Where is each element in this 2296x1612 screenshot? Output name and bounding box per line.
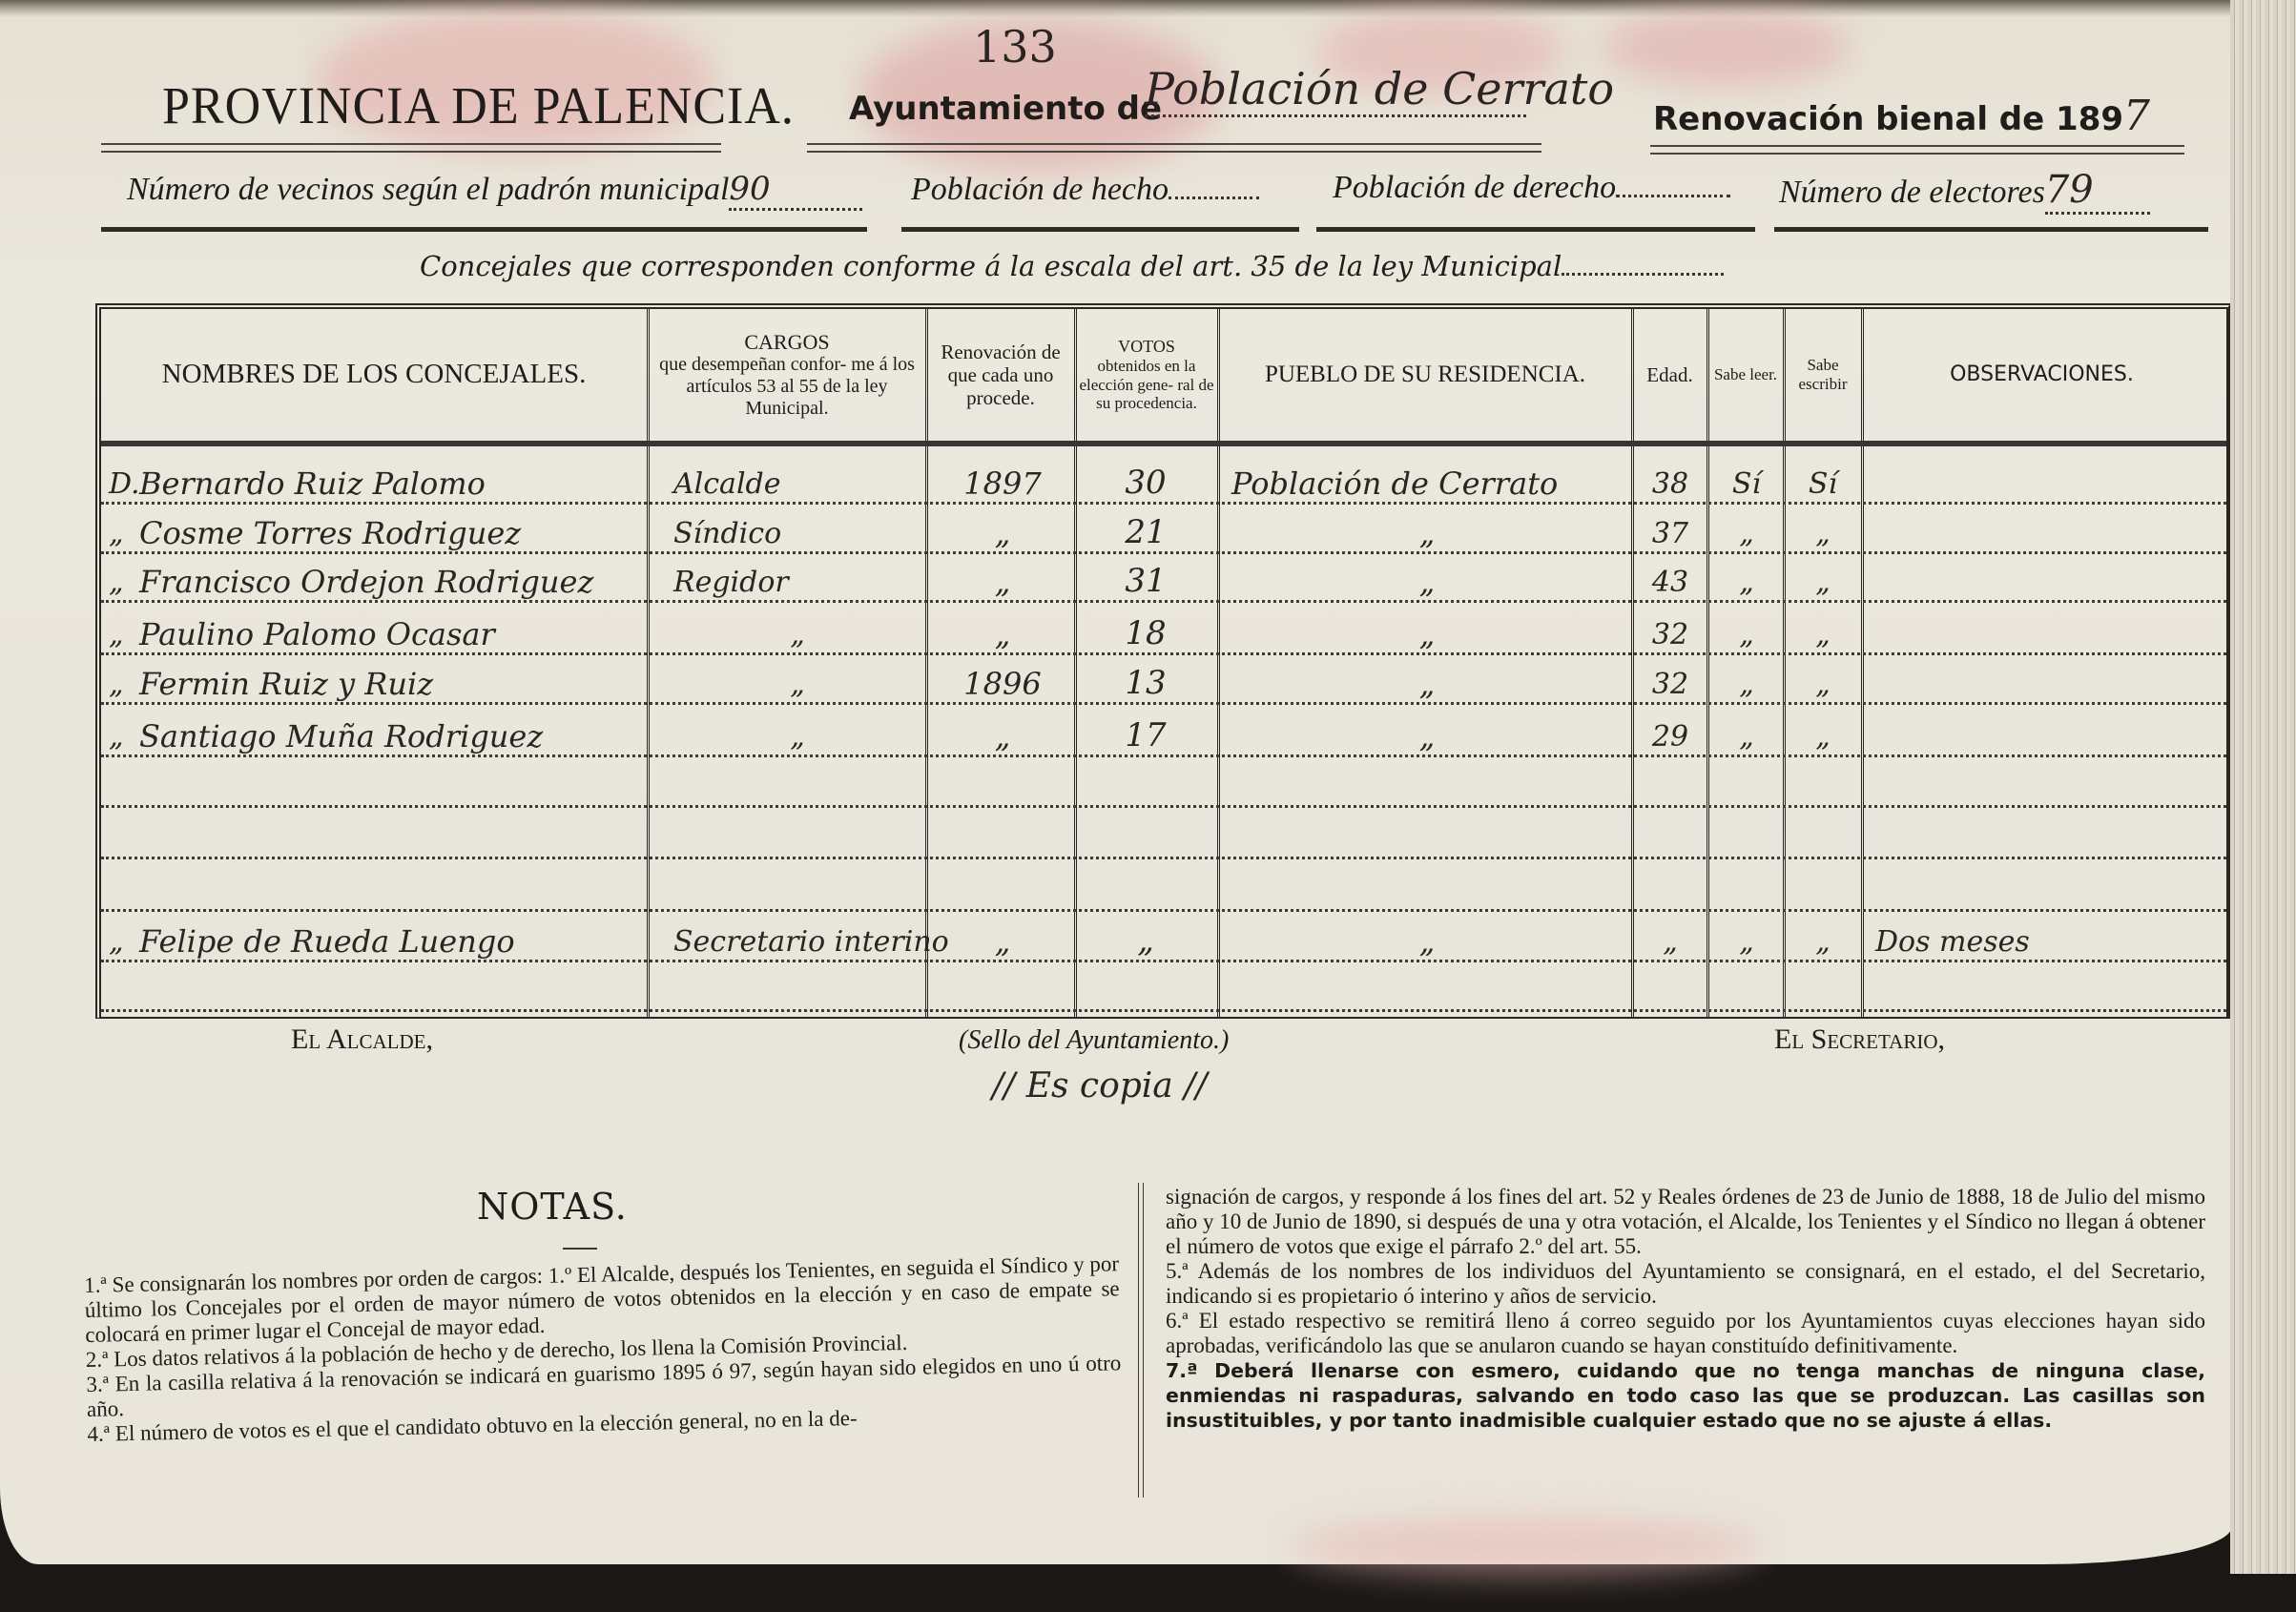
notes-column-divider (1138, 1183, 1144, 1498)
stain (1288, 1517, 1765, 1574)
cell-votos: 18 (1084, 614, 1208, 652)
cell-cargo: „ (673, 668, 921, 701)
header-cargos: CARGOS que desempeñan confor- me á los a… (649, 309, 925, 441)
electores-field: Número de electores79 (1779, 168, 2150, 215)
cell-escribir: Sí (1789, 467, 1856, 501)
cell-cargo: „ (673, 720, 921, 754)
concejales-line-text: Concejales que corresponden conforme á l… (420, 250, 1562, 282)
poblacion-hecho-field: Población de hecho (911, 172, 1259, 208)
cell-edad: 38 (1637, 467, 1704, 501)
header-nombres: NOMBRES DE LOS CONCEJALES. (101, 309, 647, 441)
cell-nombre: Paulino Palomo Ocasar (139, 616, 645, 652)
cell-votos: 31 (1084, 562, 1208, 600)
cell-votos: 21 (1084, 513, 1208, 551)
page-stack-edge (2230, 0, 2296, 1574)
table-row (101, 855, 2226, 859)
cell-edad: 32 (1637, 668, 1704, 701)
cell-renovacion: „ (941, 616, 1065, 652)
header-votos-title: VOTOS (1118, 337, 1175, 357)
table-row (101, 803, 2226, 808)
header-sabe-escribir: Sabe escribir (1785, 309, 1861, 441)
rule (101, 227, 867, 232)
header-edad: Edad. (1633, 309, 1706, 441)
page-top-edge (0, 0, 2232, 17)
poblacion-derecho-label: Población de derecho (1333, 170, 1616, 205)
cell-pueblo: „ (1231, 564, 1623, 600)
cell-pueblo: „ (1231, 616, 1623, 652)
cell-escribir: „ (1789, 618, 1856, 651)
poblacion-derecho-field: Población de derecho (1333, 170, 1730, 206)
cell-pueblo: „ (1231, 923, 1623, 960)
rule (101, 143, 721, 153)
cell-cargo: „ (673, 618, 921, 651)
cell-pueblo: „ (1231, 515, 1623, 551)
notes-title-rule (563, 1248, 597, 1250)
cell-votos: 17 (1084, 716, 1208, 754)
table-row (101, 907, 2226, 912)
ayuntamiento-value: Población de Cerrato (1145, 63, 1526, 117)
header-votos: VOTOS obtenidos en la elección gene- ral… (1076, 309, 1217, 441)
vecinos-field: Número de vecinos según el padrón munici… (127, 170, 862, 211)
cell-edad: 29 (1637, 720, 1704, 754)
stain (1603, 10, 1851, 86)
poblacion-hecho-label: Población de hecho (911, 172, 1169, 207)
cell-observaciones: Dos meses (1875, 925, 2209, 959)
poblacion-derecho-value (1616, 170, 1730, 197)
cell-leer: „ (1713, 720, 1780, 754)
notes-right-column: signación de cargos, y responde á los fi… (1166, 1185, 2205, 1433)
secretario-signature-label: El Secretario, (1774, 1023, 1945, 1056)
cell-renovacion: „ (941, 515, 1065, 551)
rule (1316, 227, 1755, 232)
cell-nombre: Santiago Muña Rodriguez (139, 718, 645, 754)
document-page: 133 PROVINCIA DE PALENCIA. Ayuntamiento … (0, 0, 2232, 1564)
cell-leer: „ (1713, 925, 1780, 959)
header-cargos-sub: que desempeñan confor- me á los artículo… (649, 354, 925, 420)
cell-edad: 43 (1637, 566, 1704, 599)
concejales-table: NOMBRES DE LOS CONCEJALES. CARGOS que de… (95, 303, 2231, 1019)
concejales-line: Concejales que corresponden conforme á l… (420, 250, 1724, 282)
header-pueblo: PUEBLO DE SU RESIDENCIA. (1219, 309, 1631, 441)
cell-cargo: Alcalde (673, 467, 921, 501)
header-cargos-title: CARGOS (744, 330, 829, 354)
poblacion-hecho-value (1169, 172, 1259, 199)
es-copia-text: Es copia (1026, 1066, 1173, 1106)
cell-leer: „ (1713, 668, 1780, 701)
renovacion-label: Renovación bienal de 1897 (1653, 92, 2150, 140)
cell-renovacion: „ (941, 923, 1065, 960)
alcalde-signature-label: El Alcalde, (291, 1023, 433, 1056)
electores-label: Número de electores (1779, 175, 2045, 210)
header-sabe-leer: Sabe leer. (1708, 309, 1783, 441)
cell-cargo: Regidor (673, 566, 921, 599)
cell-pueblo: „ (1231, 718, 1623, 754)
rule (901, 227, 1299, 232)
cell-edad: 37 (1637, 517, 1704, 550)
header-observaciones: OBSERVACIONES. (1863, 309, 2221, 441)
concejales-line-value (1562, 254, 1724, 276)
cell-cargo: Síndico (673, 517, 921, 550)
cell-leer: „ (1713, 517, 1780, 550)
note-5: 5.ª Además de los nombres de los individ… (1166, 1259, 2205, 1309)
cell-leer: „ (1713, 566, 1780, 599)
note-6: 6.ª El estado respectivo se remitirá lle… (1166, 1309, 2205, 1358)
renovacion-year-value: 7 (2123, 92, 2150, 140)
cell-votos: 30 (1084, 464, 1208, 502)
cell-nombre: Francisco Ordejon Rodriguez (139, 564, 645, 600)
cell-pueblo: Población de Cerrato (1231, 465, 1623, 502)
notes-title: NOTAS. (477, 1186, 628, 1228)
header-votos-sub: obtenidos en la elección gene- ral de su… (1076, 357, 1217, 413)
cell-votos: „ (1084, 921, 1208, 960)
cell-pueblo: „ (1231, 666, 1623, 702)
header-rule (101, 441, 2226, 446)
cell-edad: „ (1637, 925, 1704, 959)
cell-cargo: Secretario interino (673, 925, 921, 959)
table-row (101, 1007, 2226, 1012)
ayuntamiento-label: Ayuntamiento de (849, 90, 1162, 128)
note-4-continued: signación de cargos, y responde á los fi… (1166, 1185, 2205, 1259)
rule (807, 143, 1541, 153)
cell-edad: 32 (1637, 618, 1704, 651)
cell-renovacion: 1897 (941, 465, 1065, 502)
cell-escribir: „ (1789, 566, 1856, 599)
cell-nombre: Bernardo Ruiz Palomo (139, 465, 645, 502)
cell-nombre: Felipe de Rueda Luengo (139, 923, 645, 960)
cell-escribir: „ (1789, 517, 1856, 550)
cell-escribir: „ (1789, 720, 1856, 754)
cell-leer: Sí (1713, 467, 1780, 501)
renovacion-label-text: Renovación bienal de 189 (1653, 100, 2123, 138)
cell-nombre: Fermin Ruiz y Ruiz (139, 666, 645, 702)
province-title: PROVINCIA DE PALENCIA. (162, 77, 795, 136)
vecinos-value: 90 (729, 170, 862, 211)
cell-votos: 13 (1084, 664, 1208, 702)
note-7: 7.ª Deberá llenarse con esmero, cuidando… (1166, 1358, 2205, 1433)
rule (1774, 227, 2208, 232)
notes-left-column: 1.ª Se consignarán los nombres por orden… (84, 1251, 1123, 1447)
rule (1650, 145, 2184, 155)
cell-renovacion: 1896 (941, 666, 1065, 702)
es-copia-annotation: // Es copia // (992, 1066, 1207, 1106)
header-renovacion: Renovación de que cada uno procede. (927, 309, 1074, 441)
cell-escribir: „ (1789, 668, 1856, 701)
sello-label: (Sello del Ayuntamiento.) (959, 1025, 1229, 1056)
electores-value: 79 (2045, 168, 2150, 215)
cell-renovacion: „ (941, 564, 1065, 600)
cell-leer: „ (1713, 618, 1780, 651)
vecinos-label: Número de vecinos según el padrón munici… (127, 172, 729, 207)
cell-escribir: „ (1789, 925, 1856, 959)
cell-nombre: Cosme Torres Rodriguez (139, 515, 645, 551)
cell-renovacion: „ (941, 718, 1065, 754)
folio-number: 133 (973, 21, 1057, 72)
